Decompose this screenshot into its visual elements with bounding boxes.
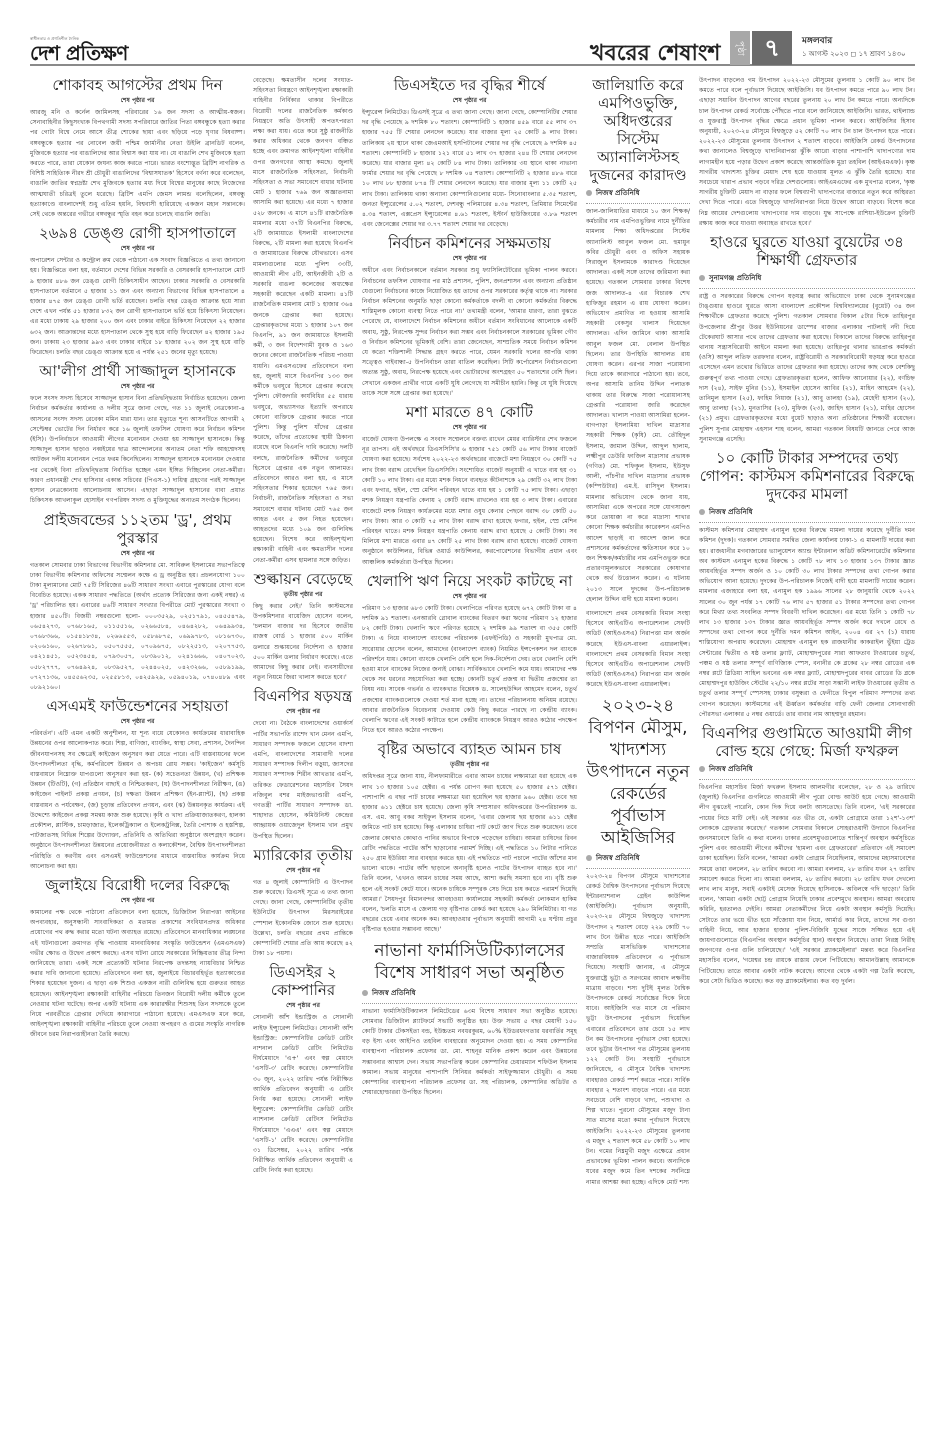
article-election-commission[interactable]: নির্বাচন কমিশনের সক্ষমতায় শেষ পৃষ্ঠার প… bbox=[362, 234, 577, 399]
byline-text: নিজস্ব প্রতিনিধি bbox=[596, 854, 640, 862]
byline: সুনামগঞ্জ প্রতিনিধি bbox=[699, 272, 915, 289]
column-1: শোকাবহ আগস্টের প্রথম দিন শেষ পৃষ্ঠার পর … bbox=[30, 76, 245, 1045]
continued-label: শেষ পৃষ্ঠার পর bbox=[362, 253, 577, 264]
article-customs-commissioner[interactable]: ১০ কোটি টাকার সম্পদের তথ্য গোপন: কাস্টমস… bbox=[699, 449, 915, 720]
continued-label: শেষ পৃষ্ঠার পর bbox=[253, 706, 353, 717]
article-body: কাস্টমস কমিশনার মোহাম্মদ এনামুল হকের বির… bbox=[699, 526, 915, 720]
continued-label: শেষ পৃষ্ঠার পর bbox=[253, 865, 353, 876]
bullet-icon bbox=[586, 190, 592, 196]
article-body: অধিদপ্তর সূত্রে জানা যায়, নীলফামারীতে এ… bbox=[362, 772, 577, 935]
bullet-icon bbox=[699, 766, 705, 772]
headline[interactable]: প্রাইজবন্ডের ১১২তম 'ড্র', প্রথম পুরস্কার bbox=[30, 511, 245, 547]
article-continuation[interactable]: বেড়েছে। ক্ষমতাসীন দলের সংঘাত-সহিংসতা নি… bbox=[253, 76, 353, 566]
headline[interactable]: ম্যারিকোর তৃতীয় bbox=[253, 846, 353, 864]
article-body: আরজু মনি ও কর্নেল জামিলসহ পরিবারের ১৬ জন… bbox=[30, 108, 245, 220]
article-body: বাংলাদেশে প্রথম বেসরকারি বিমান সংস্থা হি… bbox=[586, 609, 690, 691]
article-customs-assessment[interactable]: শুল্কায়ন বেড়েছে তৃতীয় পৃষ্ঠার পর কিছু… bbox=[253, 570, 353, 684]
bullet-icon bbox=[699, 509, 705, 515]
headline[interactable]: ২০২৩-২৪ বিপণন মৌসুম, খাদ্যশস্য উৎপাদনে ন… bbox=[586, 695, 690, 849]
article-body: গত ৪ জুলাই কোম্পানিটি এ উৎপাদন শুরু করেছ… bbox=[253, 878, 353, 960]
article-navana-pharma[interactable]: নাভানা ফার্মাসিউটিক্যালসের বিশেষ সাধারণ … bbox=[362, 940, 577, 1099]
article-prize-bond[interactable]: প্রাইজবন্ডের ১১২তম 'ড্র', প্রথম পুরস্কার… bbox=[30, 511, 245, 694]
byline-text: নিজস্ব প্রতিনিধি bbox=[709, 765, 753, 773]
continued-label: শেষ পৃষ্ঠার পর bbox=[30, 243, 245, 254]
article-body: বিএনপির মহাসচিব মির্জা ফখরুল ইসলাম আলমগী… bbox=[699, 783, 915, 987]
byline: নিজস্ব প্রতিনিধি bbox=[699, 506, 915, 523]
masthead: স্বাধীনতার ও প্রগতিশীল দৈনিক দেশ প্রতিক্… bbox=[30, 28, 915, 66]
byline: নিজস্ব প্রতিনিধি bbox=[362, 987, 577, 1004]
article-body: পরিবর্তন'। এটি এমন একটি অনুশীলন, যা শূন্… bbox=[30, 729, 245, 872]
article-marico[interactable]: ম্যারিকোর তৃতীয় শেষ পৃষ্ঠার পর গত ৪ জুল… bbox=[253, 846, 353, 960]
headline[interactable]: ২৬৯৪ ডেঙ্গু রোগী হাসপাতালে bbox=[30, 224, 245, 242]
headline[interactable]: এসএমই ফাউন্ডেশনের সহায়তা bbox=[30, 697, 245, 715]
continued-label: শেষ পৃষ্ঠার পর bbox=[30, 381, 245, 392]
page-number: ৭ bbox=[752, 31, 792, 65]
continued-label: শেষ পৃষ্ঠার পর bbox=[362, 95, 577, 106]
byline: নিজস্ব প্রতিনিধি bbox=[586, 852, 690, 869]
article-body: উৎপাদন বাড়লেও গম উৎপাদন ২০২২-২৩ মৌসুমের… bbox=[699, 76, 915, 229]
headline[interactable]: শুল্কায়ন বেড়েছে bbox=[253, 570, 353, 588]
article-body: ইন্স্যুরেন্স লিমিটেড। ডিএসই সূত্রে এ তথ্… bbox=[362, 108, 577, 230]
headline[interactable]: বৃষ্টির অভাবে ব্যাহত আমন চাষ bbox=[362, 740, 577, 758]
article-dse-two-companies[interactable]: ডিএসইর ২ কোম্পানির শেষ পৃষ্ঠার পর সোনালী… bbox=[253, 963, 353, 1176]
article-igc-continuation[interactable]: উৎপাদন বাড়লেও গম উৎপাদন ২০২২-২৩ মৌসুমের… bbox=[699, 76, 915, 229]
article-body: দেবো না। বৈঠকে বাংলাদেশের ওয়ার্কার্স পা… bbox=[253, 719, 353, 841]
byline-text: নিজস্ব প্রতিনিধি bbox=[372, 989, 416, 997]
article-dengue[interactable]: ২৬৯৪ ডেঙ্গু রোগী হাসপাতালে শেষ পৃষ্ঠার প… bbox=[30, 224, 245, 358]
byline: নিজস্ব প্রতিনিধি bbox=[586, 187, 690, 204]
column-5: উৎপাদন বাড়লেও গম উৎপাদন ২০২২-২৩ মৌসুমের… bbox=[699, 76, 915, 991]
article-body: কামালের পক্ষ থেকে পাঠানো প্রতিবেদনে বলা … bbox=[30, 908, 245, 1041]
headline[interactable]: হাওরে ঘুরতে যাওয়া বুয়েটের ৩৪ শিক্ষার্থ… bbox=[699, 233, 915, 269]
column-4: জালিয়াতি করে এমপিওভুক্তি, অধিদপ্তরের সি… bbox=[586, 76, 690, 1192]
bullet-icon bbox=[586, 855, 592, 861]
continued-label: শেষ পৃষ্ঠার পর bbox=[362, 422, 577, 433]
article-body: অধীনে এবং নির্বাচনকালে বর্তমান সরকার শুধ… bbox=[362, 266, 577, 399]
headline[interactable]: মশা মারতে ৪৭ কোটি bbox=[362, 403, 577, 421]
article-body: সোনালী আঁশ ইন্ডাস্ট্রিজ ও সোনালী লাইফ ইন… bbox=[253, 1013, 353, 1176]
article-shokabaho-august[interactable]: শোকাবহ আগস্টের প্রথম দিন শেষ পৃষ্ঠার পর … bbox=[30, 76, 245, 220]
newspaper-logo[interactable]: দেশ প্রতিক্ষণ bbox=[30, 39, 128, 72]
article-bnp-conspiracy[interactable]: বিএনপির ষড়যন্ত্র শেষ পৃষ্ঠার পর দেবো না… bbox=[253, 687, 353, 841]
article-buet-students[interactable]: হাওরে ঘুরতে যাওয়া বুয়েটের ৩৪ শিক্ষার্থ… bbox=[699, 233, 915, 445]
headline[interactable]: ডিএসইর ২ কোম্পানির bbox=[253, 963, 353, 999]
article-body: পরিমাণ ১৩ হাজার ৬৮৩ কোটি টাকা। খেলাপিতে … bbox=[362, 604, 577, 737]
article-mosquito-budget[interactable]: মশা মারতে ৪৭ কোটি শেষ পৃষ্ঠার পর বাজেট ঘ… bbox=[362, 403, 577, 568]
article-body: জাল-জালিয়াতির মাধ্যমে ১০ জন শিক্ষক/কর্ম… bbox=[586, 207, 690, 605]
article-body: বেড়েছে। ক্ষমতাসীন দলের সংঘাত-সহিংসতা নি… bbox=[253, 76, 353, 566]
article-body: নাভানা ফার্মাসিউটিক্যালস লিমিটেডের ৬৩ম ব… bbox=[362, 1007, 577, 1099]
bullet-icon bbox=[699, 275, 705, 281]
byline-text: নিজস্ব প্রতিনিধি bbox=[709, 508, 753, 516]
continued-label: শেষ পৃষ্ঠার পর bbox=[253, 1000, 353, 1011]
continued-label: তৃতীয় পৃষ্ঠার পর bbox=[253, 589, 353, 600]
continued-label: শেষ পৃষ্ঠার পর bbox=[30, 95, 245, 106]
column-3: ডিএসইতে দর বৃদ্ধির শীর্ষে শেষ পৃষ্ঠার পর… bbox=[362, 76, 577, 1102]
article-body: বাজেট ঘোষণা উপলক্ষে এ সংবাদ সম্মেলনে বক্… bbox=[362, 435, 577, 568]
continued-label: শেষ পৃষ্ঠার পর bbox=[30, 895, 245, 906]
article-body: ২০২৩-২৪ বিপণন মৌসুমে খাদ্যশস্যের রেকর্ড … bbox=[586, 872, 690, 1188]
continued-label: তৃতীয় পৃষ্ঠার পর bbox=[362, 759, 577, 770]
article-defaulted-loans[interactable]: খেলাপি ঋণ নিয়ে সংকট কাটছে না শেষ পৃষ্ঠা… bbox=[362, 572, 577, 737]
headline[interactable]: জালিয়াতি করে এমপিওভুক্তি, অধিদপ্তরের সি… bbox=[586, 76, 690, 184]
page-label: পৃষ্ঠা bbox=[730, 31, 750, 65]
byline: নিজস্ব প্রতিনিধি bbox=[699, 763, 915, 780]
article-body: রাষ্ট্র ও সরকারের বিরুদ্ধে গোপন ষড়যন্ত্… bbox=[699, 292, 915, 445]
article-dse-gainers[interactable]: ডিএসইতে দর বৃদ্ধির শীর্ষে শেষ পৃষ্ঠার পর… bbox=[362, 76, 577, 230]
headline[interactable]: বিএনপির গুণ্ডামিতে আওয়ামী লীগ বোল্ড হয়… bbox=[699, 724, 915, 760]
article-us-bangla[interactable]: বাংলাদেশে প্রথম বেসরকারি বিমান সংস্থা হি… bbox=[586, 609, 690, 691]
continued-label: শেষ পৃষ্ঠার পর bbox=[30, 716, 245, 727]
article-sajjadul-hasan[interactable]: আ'লীগ প্রার্থী সাজ্জাদুল হাসানকে শেষ পৃষ… bbox=[30, 362, 245, 506]
article-mpo-fraud[interactable]: জালিয়াতি করে এমপিওভুক্তি, অধিদপ্তরের সি… bbox=[586, 76, 690, 605]
headline[interactable]: জুলাইয়ে বিরোধী দলের বিরুদ্ধে bbox=[30, 876, 245, 894]
article-body: কিছু করার নেই।' তিনি কাস্টমসের উপকমিশনার… bbox=[253, 602, 353, 684]
article-body: অপারেশন সেন্টার ও কন্ট্রোল রুম থেকে পাঠা… bbox=[30, 256, 245, 358]
byline-text: নিজস্ব প্রতিনিধি bbox=[596, 189, 640, 197]
continued-label: শেষ পৃষ্ঠার পর bbox=[30, 548, 245, 559]
headline[interactable]: আ'লীগ প্রার্থী সাজ্জাদুল হাসানকে bbox=[30, 362, 245, 380]
column-2: বেড়েছে। ক্ষমতাসীন দলের সংঘাত-সহিংসতা নি… bbox=[253, 76, 353, 1181]
headline[interactable]: খেলাপি ঋণ নিয়ে সংকট কাটছে না bbox=[362, 572, 577, 590]
headline[interactable]: নির্বাচন কমিশনের সক্ষমতায় bbox=[362, 234, 577, 252]
headline[interactable]: নাভানা ফার্মাসিউটিক্যালসের বিশেষ সাধারণ … bbox=[362, 940, 577, 984]
byline-text: সুনামগঞ্জ প্রতিনিধি bbox=[709, 274, 761, 282]
headline[interactable]: ১০ কোটি টাকার সম্পদের তথ্য গোপন: কাস্টমস… bbox=[699, 449, 915, 503]
weekday: মঙ্গলবার bbox=[802, 33, 832, 48]
continued-label: শেষ পৃষ্ঠার পর bbox=[362, 591, 577, 602]
article-body: ফলে সংসদ সদস্য হিসেবে সাজ্জাদুল হাসান বি… bbox=[30, 394, 245, 506]
article-july-opposition[interactable]: জুলাইয়ে বিরোধী দলের বিরুদ্ধে শেষ পৃষ্ঠা… bbox=[30, 876, 245, 1041]
article-body: গতকাল সোমবার ঢাকা বিভাগের বিভাগীয় কমিশন… bbox=[30, 561, 245, 694]
headline[interactable]: শোকাবহ আগস্টের প্রথম দিন bbox=[30, 76, 245, 94]
headline[interactable]: বিএনপির ষড়যন্ত্র bbox=[253, 687, 353, 705]
article-mirza-fakhrul[interactable]: বিএনপির গুণ্ডামিতে আওয়ামী লীগ বোল্ড হয়… bbox=[699, 724, 915, 987]
bullet-icon bbox=[362, 990, 368, 996]
dateline: ১ আগস্ট ২০২৩ ◻ ১৭ শ্রাবণ ১৪৩০ bbox=[802, 48, 906, 60]
article-sme-foundation[interactable]: এসএমই ফাউন্ডেশনের সহায়তা শেষ পৃষ্ঠার পর… bbox=[30, 697, 245, 872]
article-igc-forecast[interactable]: ২০২৩-২৪ বিপণন মৌসুম, খাদ্যশস্য উৎপাদনে ন… bbox=[586, 695, 690, 1188]
article-aman-cultivation[interactable]: বৃষ্টির অভাবে ব্যাহত আমন চাষ তৃতীয় পৃষ্… bbox=[362, 740, 577, 935]
headline[interactable]: ডিএসইতে দর বৃদ্ধির শীর্ষে bbox=[362, 76, 577, 94]
section-title: খবরের শেষাংশ bbox=[590, 36, 720, 73]
